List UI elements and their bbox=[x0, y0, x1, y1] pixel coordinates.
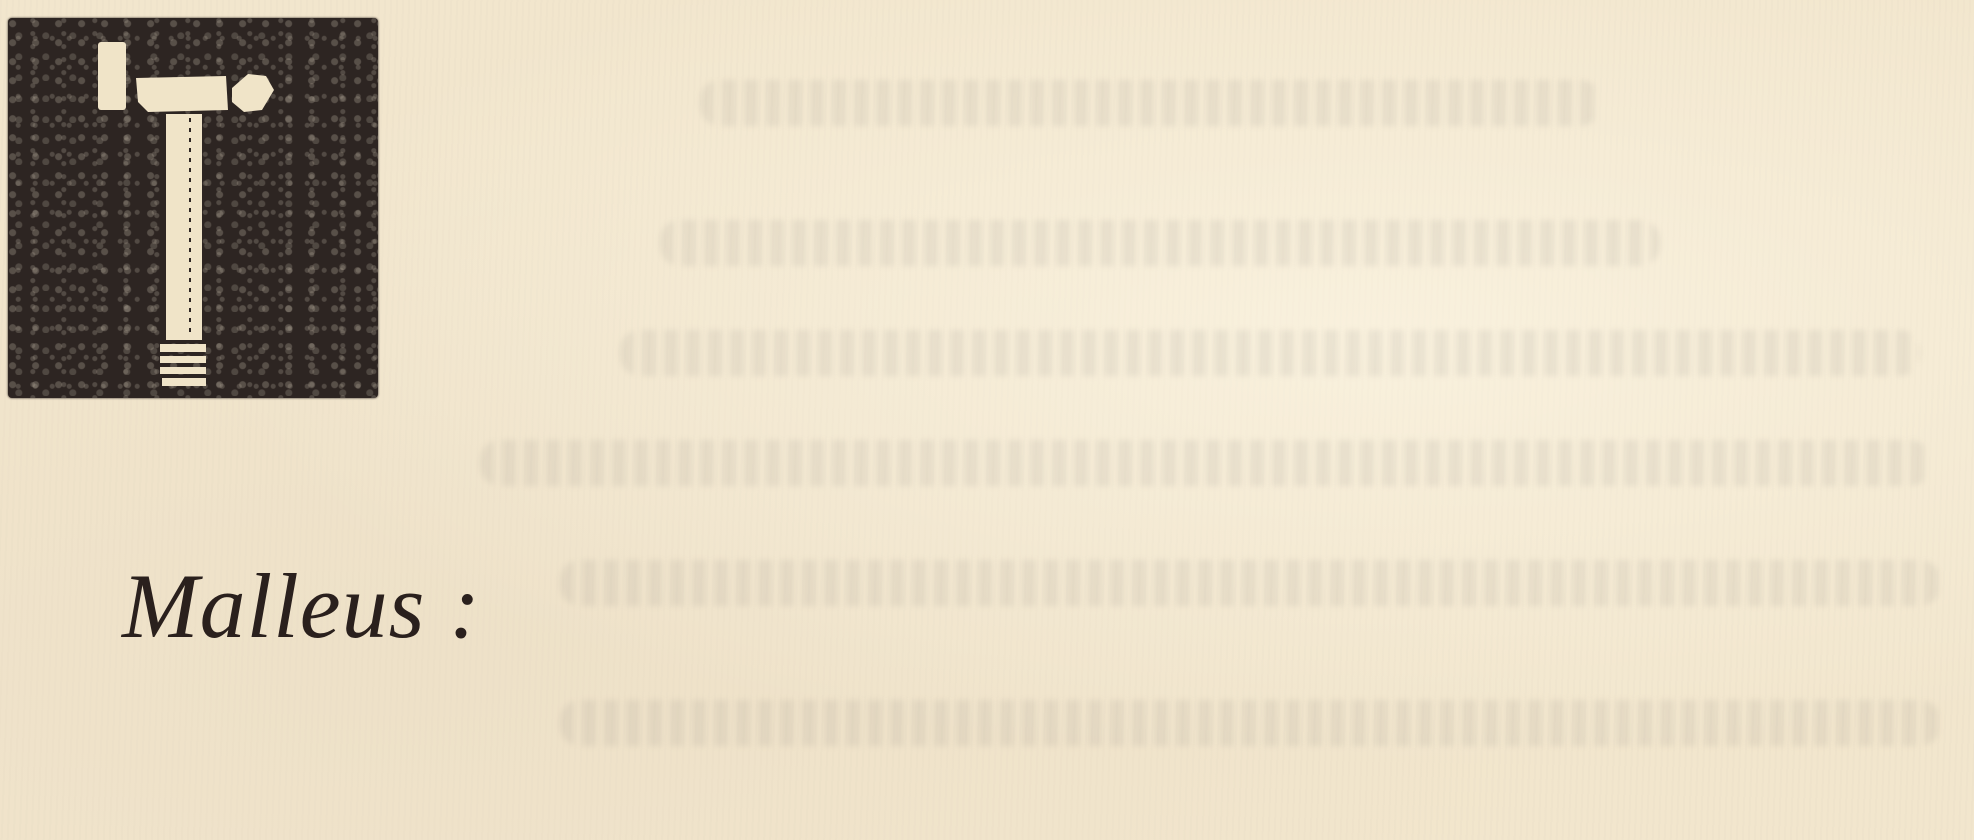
bleed-through-line bbox=[700, 80, 1600, 126]
hammer-woodcut-illustration bbox=[8, 18, 378, 398]
bleed-through-line bbox=[620, 330, 1920, 376]
hammer-icon bbox=[8, 18, 378, 398]
bleed-through-line bbox=[480, 440, 1930, 486]
bleed-through-line bbox=[560, 700, 1940, 746]
bleed-through-line bbox=[560, 560, 1940, 606]
bleed-through-line bbox=[660, 220, 1660, 266]
caption-malleus: Malleus : bbox=[122, 560, 481, 652]
